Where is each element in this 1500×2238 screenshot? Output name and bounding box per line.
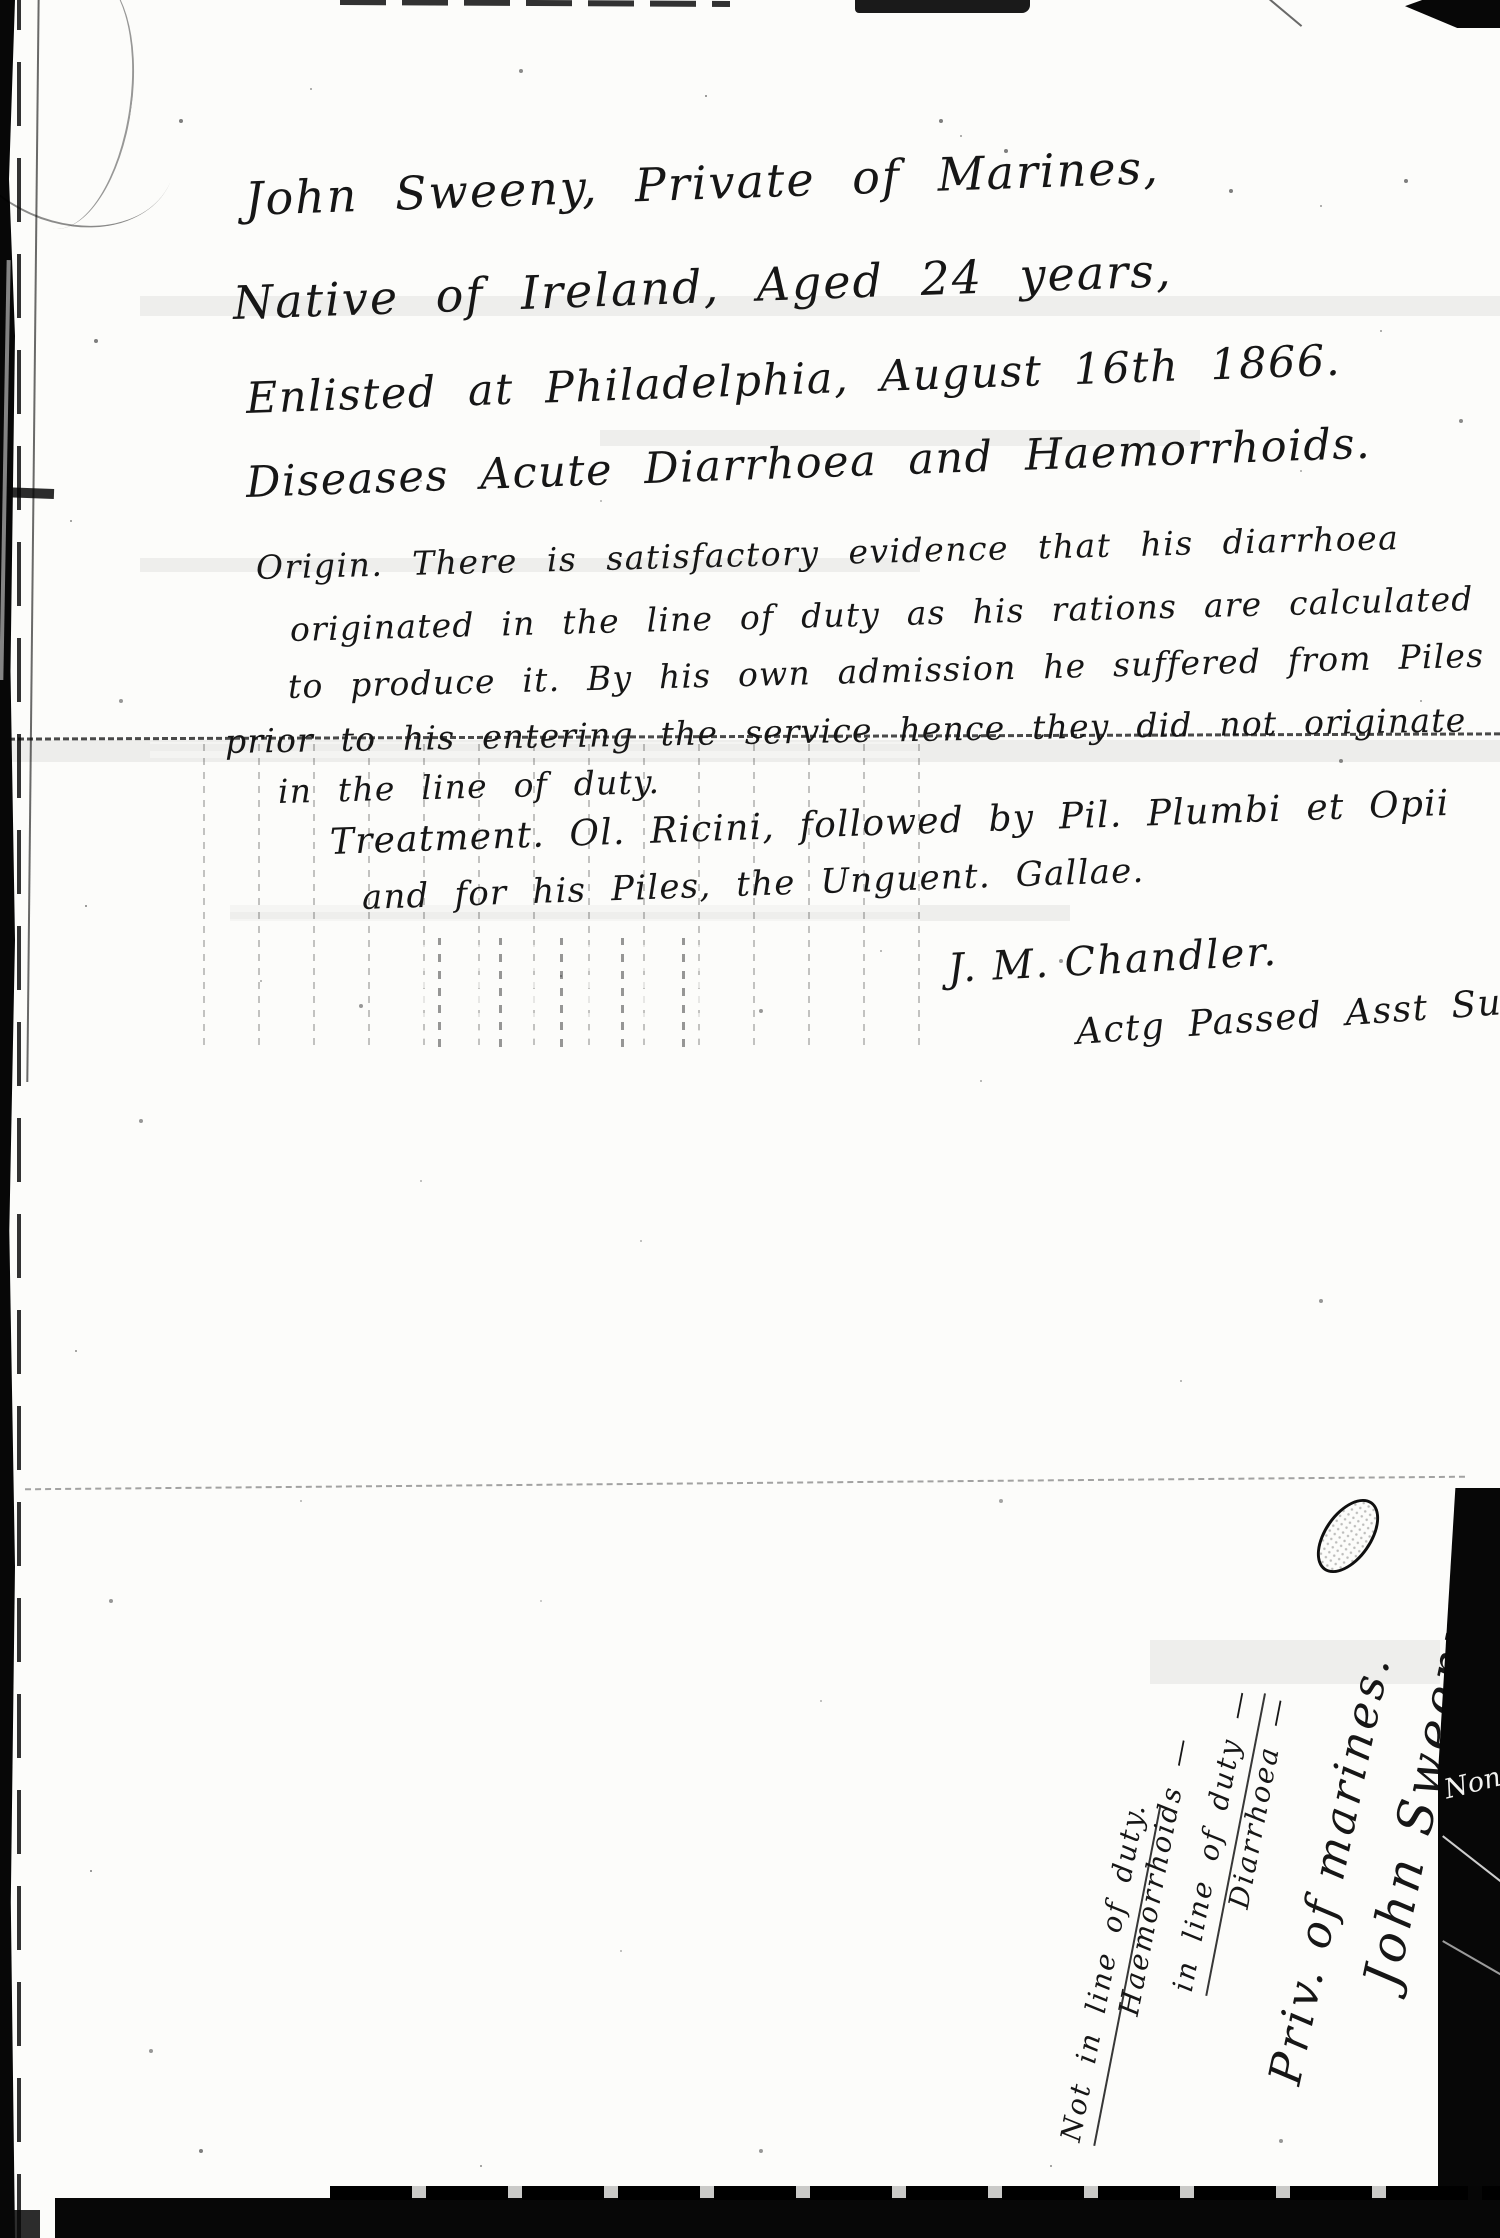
line-name-rank: John Sweeny, Private of Marines, [244, 140, 1160, 226]
scan-edge-left-line [17, 0, 21, 2238]
scan-edge-bottom-band [55, 2198, 1500, 2238]
line-origin-1: Origin. There is satisfactory evidence t… [255, 518, 1399, 587]
line-origin-2: originated in the line of duty as his ra… [289, 579, 1474, 649]
scan-artifact-top [855, 0, 1030, 13]
surgeon-signature: J. M. Chandler. [947, 929, 1279, 992]
line-nativity-age: Native of Ireland, Aged 24 years, [232, 243, 1173, 330]
scan-artifact-top-right-corner [1405, 0, 1500, 28]
signature-flourish [1304, 1488, 1391, 1584]
scan-artifact-bottom-left [0, 2210, 40, 2238]
scan-artifact-left [0, 487, 54, 499]
line-enlistment: Enlisted at Philadelphia, August 16th 18… [245, 336, 1342, 424]
scan-edge-bottom-band-upper [330, 2186, 1500, 2200]
scan-artifact-top [340, 0, 730, 7]
scanned-document-page: John Sweeny, Private of Marines, Native … [0, 0, 1500, 2238]
show-through-column-grid [380, 938, 710, 1056]
line-origin-3: to produce it. By his own admission he s… [287, 636, 1484, 706]
scan-artifact-top [1246, 0, 1302, 27]
fold-line-lower [25, 1476, 1465, 1491]
